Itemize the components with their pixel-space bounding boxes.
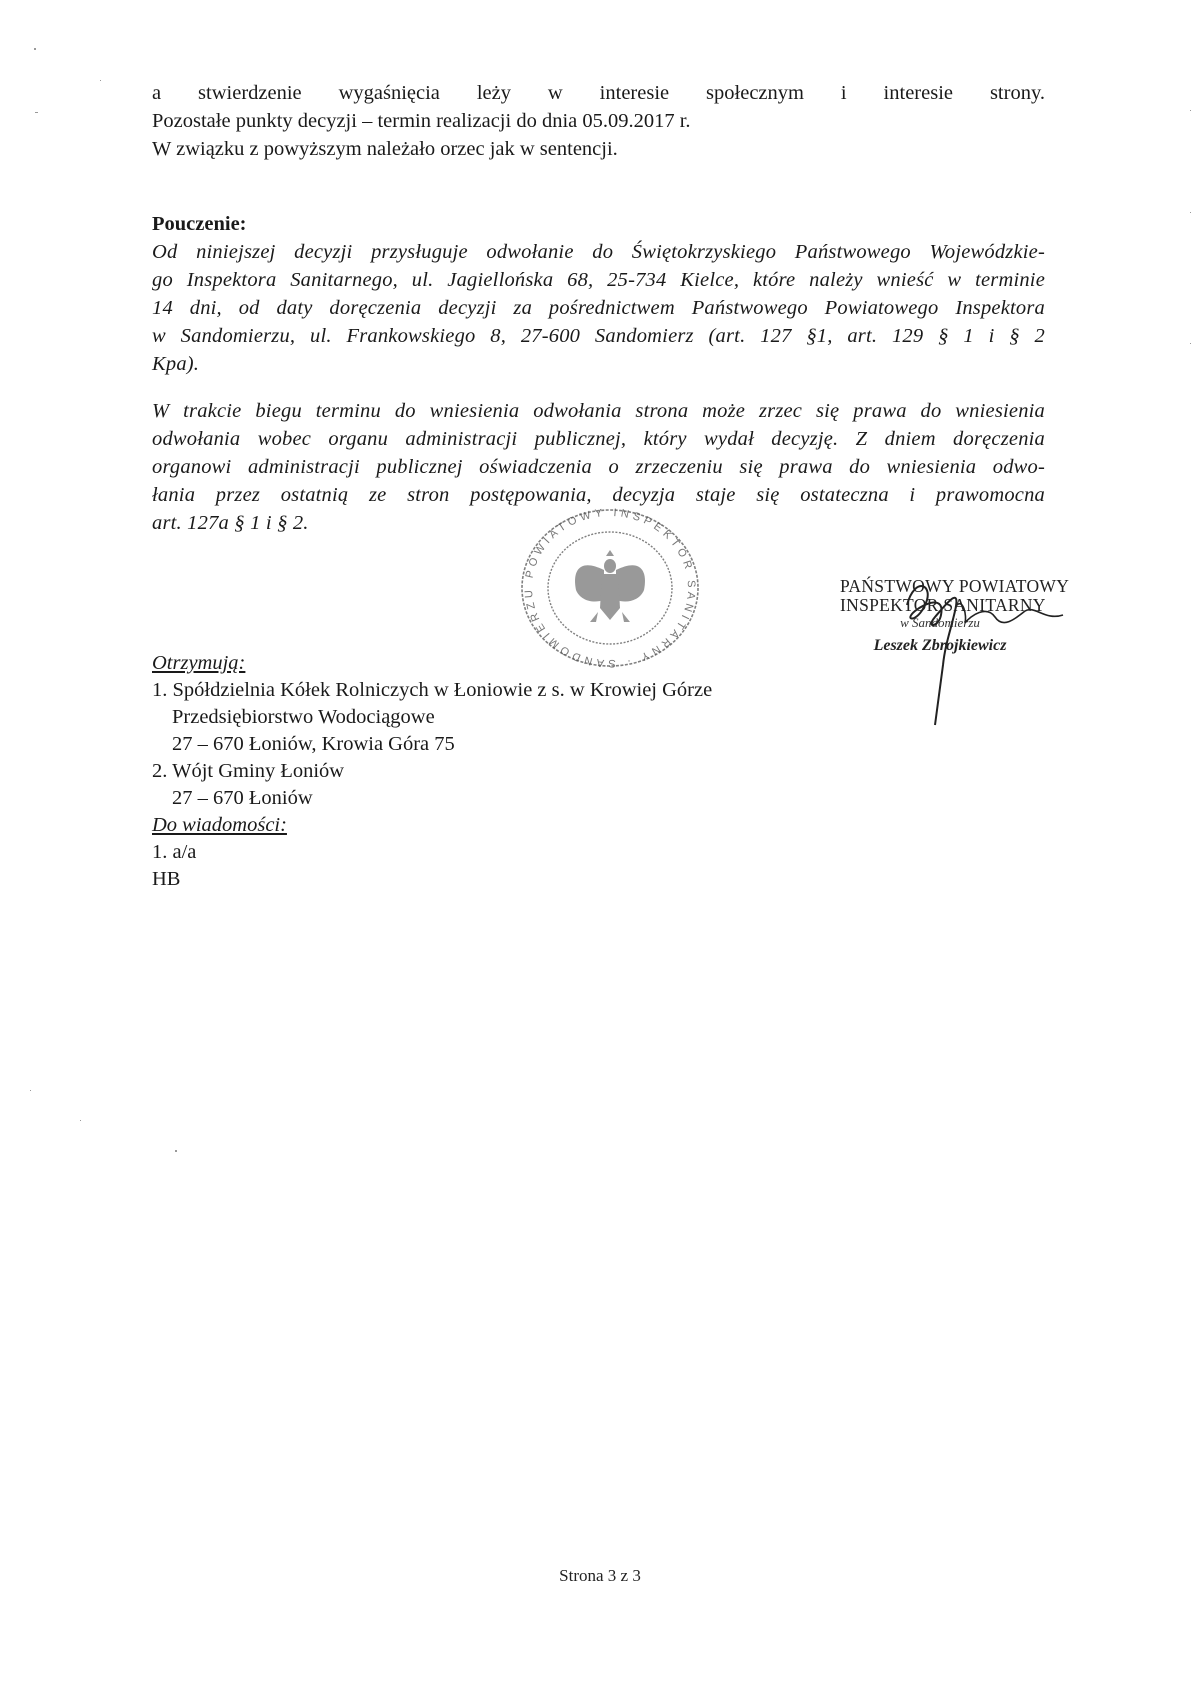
recipient-item: 2. Wójt Gminy Łoniów 27 – 670 Łoniów [152,758,1045,812]
text-line: łania przez ostatnią ze stron postępowan… [152,481,1045,509]
document-page: a stwierdzenie wygaśnięcia leży w intere… [0,0,1200,1693]
scan-artifact [35,112,38,113]
recipient-item: 1. Spółdzielnia Kółek Rolniczych w Łonio… [152,677,1045,758]
scan-artifact [30,1090,31,1091]
text-line: go Inspektora Sanitarnego, ul. Jagielloń… [152,266,1045,294]
text-line: Pozostałe punkty decyzji – termin realiz… [152,107,1045,135]
author-initials: HB [152,866,1045,893]
text-line: organowi administracji publicznej oświad… [152,453,1045,481]
eagle-emblem-icon [575,550,645,622]
stamp-seal-icon: POWIATOWY INSPEKTOR SANITARNY · SANDOMIE… [510,508,710,668]
scan-artifact [100,80,101,81]
pouczenie-paragraph-appeal: Od niniejszej decyzji przysługuje odwoła… [152,238,1045,378]
text-line: a stwierdzenie wygaśnięcia leży w intere… [152,79,1045,107]
cc-item: 1. a/a [152,839,1045,866]
page-number: Strona 3 z 3 [0,1566,1200,1586]
scan-artifact [1190,343,1191,344]
text-line: odwołania wobec organu administracji pub… [152,425,1045,453]
text-line: Kpa). [152,350,1045,378]
text-line: Od niniejszej decyzji przysługuje odwoła… [152,238,1045,266]
signatory-title-line2: INSPEKTOR SANITARNY [840,596,1080,615]
recipient-line: 2. Wójt Gminy Łoniów [152,758,1045,785]
text-line: 14 dni, od daty doręczenia decyzji za po… [152,294,1045,322]
text-line: W trakcie biegu terminu do wniesienia od… [152,397,1045,425]
recipient-line: 27 – 670 Łoniów [152,785,1045,812]
pouczenie-heading: Pouczenie: [152,210,1045,238]
recipients-heading: Otrzymują: [152,650,1045,677]
scan-artifact [1190,110,1191,111]
signatory-city: w Sandomierzu [840,615,1080,631]
recipient-line: 1. Spółdzielnia Kółek Rolniczych w Łonio… [152,677,1045,704]
recipient-line: 27 – 670 Łoniów, Krowia Góra 75 [152,731,1045,758]
recipient-number: 1. [152,679,167,701]
recipients-section: Otrzymują: 1. Spółdzielnia Kółek Rolnicz… [152,650,1045,893]
text-line: W związku z powyższym należało orzec jak… [152,135,1045,163]
recipient-number: 2. [152,760,167,782]
justification-closing: a stwierdzenie wygaśnięcia leży w intere… [152,79,1045,163]
cc-heading: Do wiadomości: [152,812,1045,839]
recipient-text: Spółdzielnia Kółek Rolniczych w Łoniowie… [173,679,713,701]
signatory-title-line1: PAŃSTWOWY POWIATOWY [840,577,1080,596]
recipient-line: Przedsiębiorstwo Wodociągowe [152,704,1045,731]
text-line: w Sandomierzu, ul. Frankowskiego 8, 27-6… [152,322,1045,350]
scan-artifact [80,1120,81,1121]
official-stamp: POWIATOWY INSPEKTOR SANITARNY · SANDOMIE… [510,508,710,668]
scan-artifact [34,48,36,50]
recipient-text: Wójt Gminy Łoniów [172,760,344,782]
scan-artifact [1190,212,1191,213]
scan-artifact [175,1150,177,1152]
signature-block: PAŃSTWOWY POWIATOWY INSPEKTOR SANITARNY … [840,577,1080,655]
